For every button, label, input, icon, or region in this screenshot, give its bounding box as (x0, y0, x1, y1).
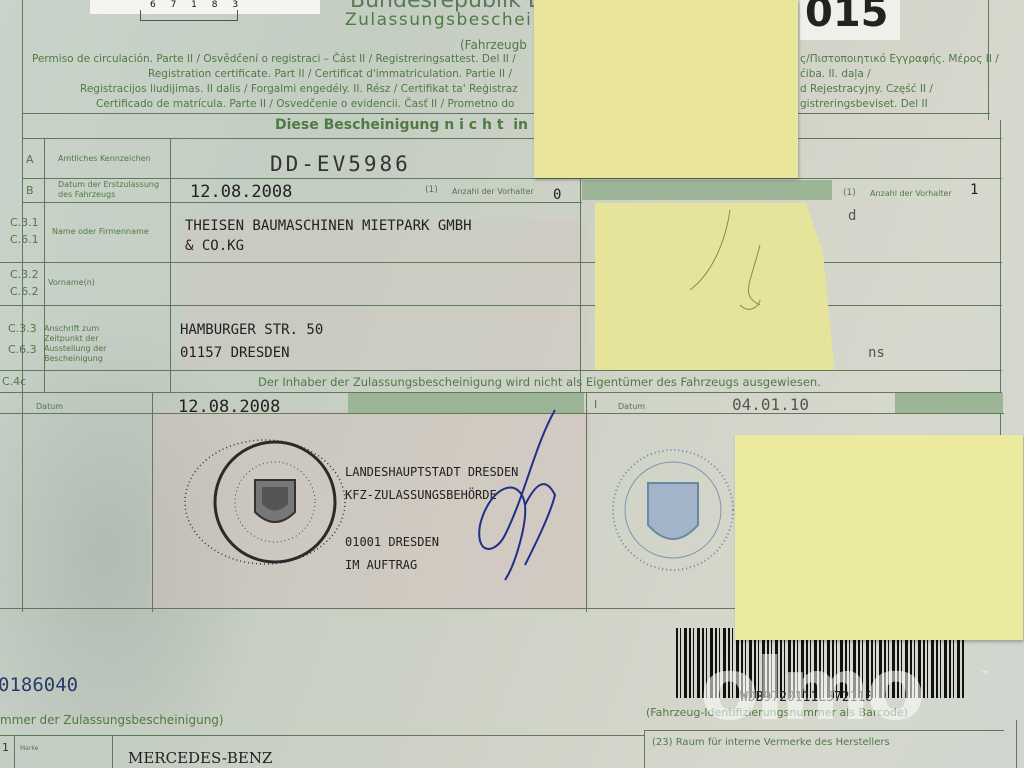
green-bar-b-right (582, 180, 832, 200)
pen-marks-icon (680, 205, 800, 345)
datum-value-right: 04.01.10 (732, 395, 809, 414)
marke-value: MERCEDES-BENZ (128, 749, 272, 767)
c4c-notice: Der Inhaber der Zulassungsbescheinigung … (258, 375, 821, 389)
certificate-number: 0186040 (0, 674, 78, 696)
notice-text: Diese Bescheinigung n i c h t in (275, 117, 528, 133)
marke-label: Marke (20, 744, 38, 754)
translation-line-3: Registracijos liudijimas. II dalis / For… (80, 83, 518, 95)
stamp-line3: 01001 DRESDEN (345, 535, 439, 549)
registration-document: 6 7 1 8 3 Bundesrepublik D Zulassungsbes… (0, 0, 1024, 768)
frame-left (22, 0, 23, 612)
translation-right-3: d Rejestracyjny. Część II / (800, 83, 933, 95)
datum-code-right: I (594, 398, 597, 411)
row-line (22, 202, 582, 203)
datum-label: Datum (36, 402, 63, 412)
translation-line-1: Permiso de circulación. Parte II / Osvěd… (32, 53, 516, 65)
row-line (22, 178, 1002, 179)
district-seal-icon (608, 445, 738, 575)
sticky-note-top (534, 0, 798, 178)
owner-name-line2: & CO.KG (185, 238, 244, 254)
label-bracket (140, 10, 238, 21)
owner-name-line1: THEISEN BAUMASCHINEN MIETPARK GMBH (185, 218, 472, 234)
translation-line-4: Certificado de matrícula. Parte II / Osv… (96, 98, 514, 110)
city-seal-icon (180, 432, 350, 572)
footer-col (1016, 720, 1017, 768)
address-line2: 01157 DRESDEN (180, 345, 290, 361)
translation-right-1: ς/Πιστοποιητικό Εγγραφής. Μέρος II / (800, 53, 999, 65)
license-plate: DD-EV5986 (270, 152, 411, 176)
datum-label-right: Datum (618, 402, 645, 412)
watermark-tm: ™ (980, 670, 990, 681)
translation-right-4: gistreringsbeviset. Del II (800, 98, 928, 110)
marker-1: (1) (425, 184, 438, 197)
row-line (0, 370, 1002, 371)
sticky-note-bottom (735, 435, 1023, 640)
footer-col (644, 730, 645, 768)
prev-owners-value-right: 1 (970, 182, 978, 198)
footer-col (14, 736, 15, 768)
code-b: B (26, 184, 34, 197)
code-c33: C.3.3 C.6.3 (8, 318, 37, 360)
document-title: Zulassungsbeschei (345, 10, 532, 30)
row-line (0, 262, 1002, 263)
footer-col (112, 736, 113, 768)
watermark-logo: olmo (700, 640, 921, 740)
label-name: Name oder Firmenname (52, 227, 149, 237)
label-vorname: Vorname(n) (48, 278, 95, 288)
document-subtitle: (Fahrzeugb (460, 38, 527, 52)
footer-row-line (0, 735, 645, 736)
col-label (170, 138, 171, 393)
signature-icon (465, 405, 575, 585)
green-bar-right (895, 393, 1003, 413)
issue-date: 12.08.2008 (178, 397, 280, 417)
top-label-digits: 6 7 1 8 3 (150, 0, 244, 10)
label-a: Amtliches Kennzeichen (58, 154, 151, 164)
marker-1-right: (1) (843, 187, 856, 200)
label-b: Datum der Erstzulassung des Fahrzeugs (58, 180, 168, 200)
serial-number: 015 (805, 0, 889, 36)
prev-owners-label: Anzahl der Vorhalter (452, 187, 534, 197)
col-stamp (152, 392, 153, 612)
marke-code: 1 (2, 741, 9, 754)
code-c4c: C.4c (2, 375, 26, 388)
stamp-line4: IM AUFTRAG (345, 558, 417, 572)
certificate-number-label: mmer der Zulassungsbescheinigung) (0, 713, 224, 727)
prev-owners-label-right: Anzahl der Vorhalter (870, 189, 952, 199)
code-c31: C.3.1 C.6.1 (10, 214, 39, 248)
partial-text-d: d (848, 208, 856, 224)
address-line1: HAMBURGER STR. 50 (180, 322, 323, 338)
code-c32: C.3.2 C.6.2 (10, 266, 39, 300)
translation-right-2: ćiba. II. daļa / (800, 68, 871, 80)
prev-owners-value: 0 (553, 187, 561, 203)
code-a: A (26, 153, 34, 166)
row-line (0, 305, 1002, 306)
first-registration-date: 12.08.2008 (190, 182, 292, 202)
row-line (22, 138, 1002, 139)
partial-text-ns: ns (868, 345, 885, 361)
label-address: Anschrift zum Zeitpunkt der Ausstellung … (44, 324, 134, 364)
col-right (586, 392, 587, 612)
header-divider (22, 113, 990, 114)
translation-line-2: Registration certificate. Part II / Cert… (148, 68, 512, 80)
